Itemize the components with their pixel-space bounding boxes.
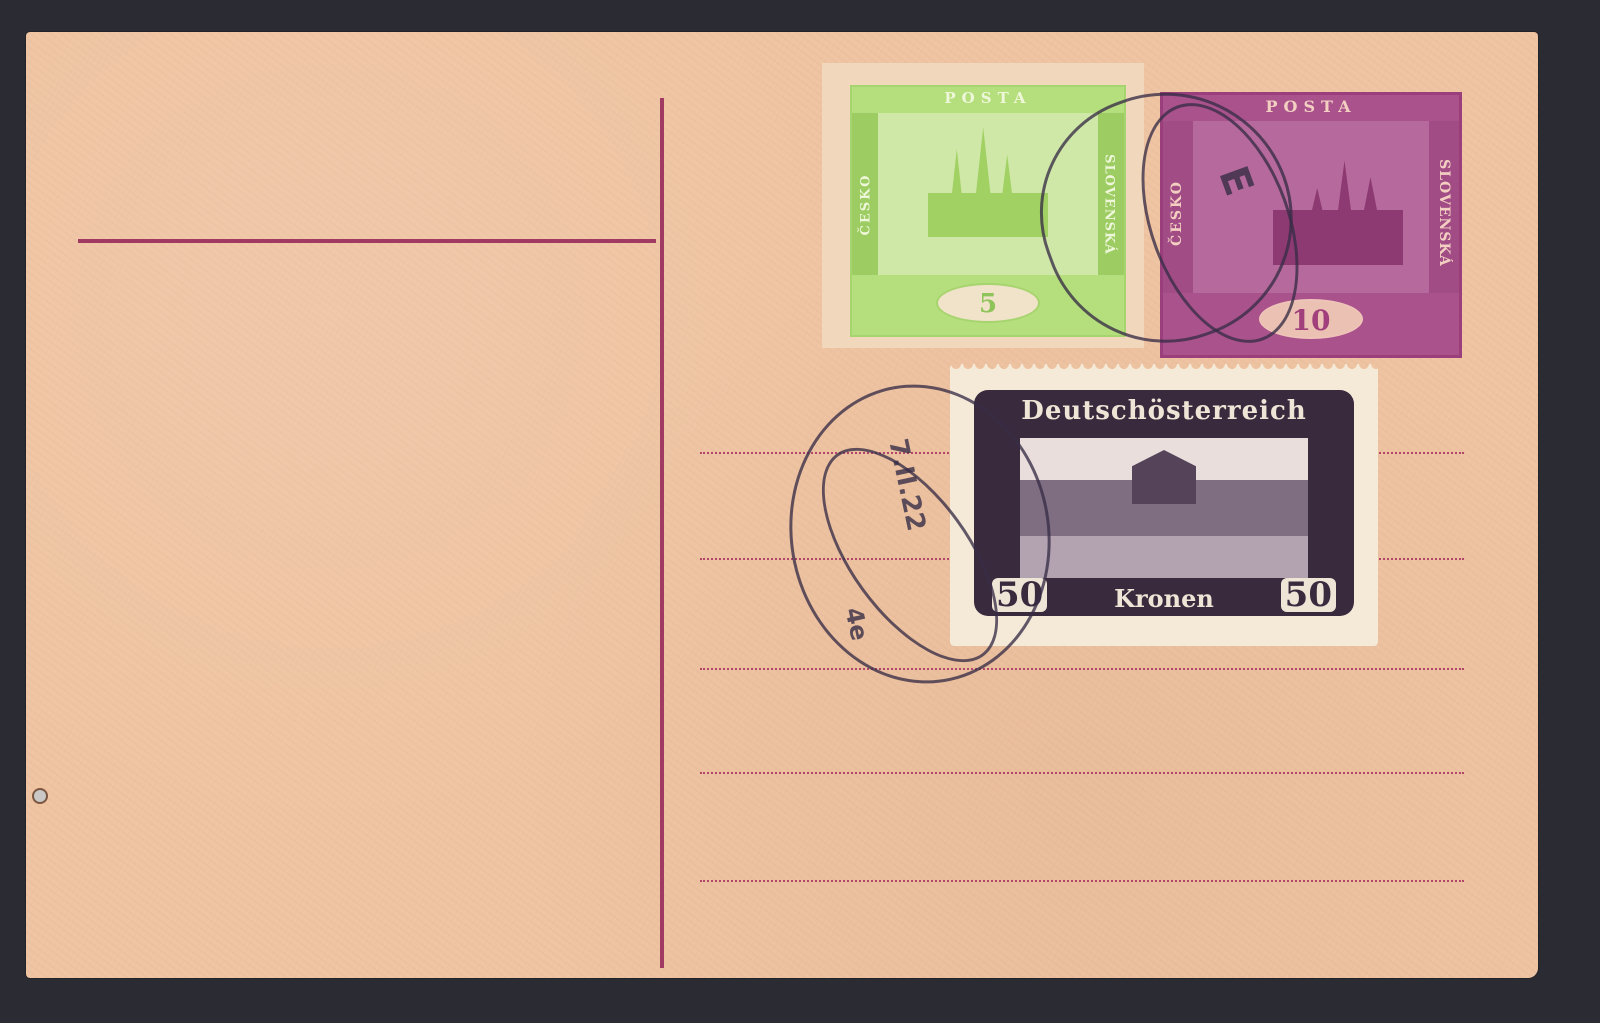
- stamp-austria-value-right: 50: [1281, 578, 1336, 612]
- parliament-temple-icon: [1132, 450, 1196, 504]
- address-line-5: [700, 880, 1464, 882]
- castle-icon: [928, 127, 1048, 237]
- stamp-green-value: 5: [938, 289, 1038, 319]
- address-line-4: [700, 772, 1464, 774]
- stamp-green-value-oval: 5: [936, 283, 1040, 323]
- stamp-purple-right-text: SLOVENSKÁ: [1436, 156, 1452, 270]
- stamp-green-left-text: ČESKO: [859, 165, 874, 245]
- parliament-building-image: [1020, 438, 1308, 578]
- address-line-3: [700, 668, 1464, 670]
- stamp-austria-country: Deutschösterreich: [974, 396, 1354, 426]
- pin-hole-icon: [34, 790, 46, 802]
- stamp-green-top-text: POSTA: [852, 89, 1124, 107]
- divider-vertical: [660, 98, 664, 968]
- divider-horizontal: [78, 239, 656, 243]
